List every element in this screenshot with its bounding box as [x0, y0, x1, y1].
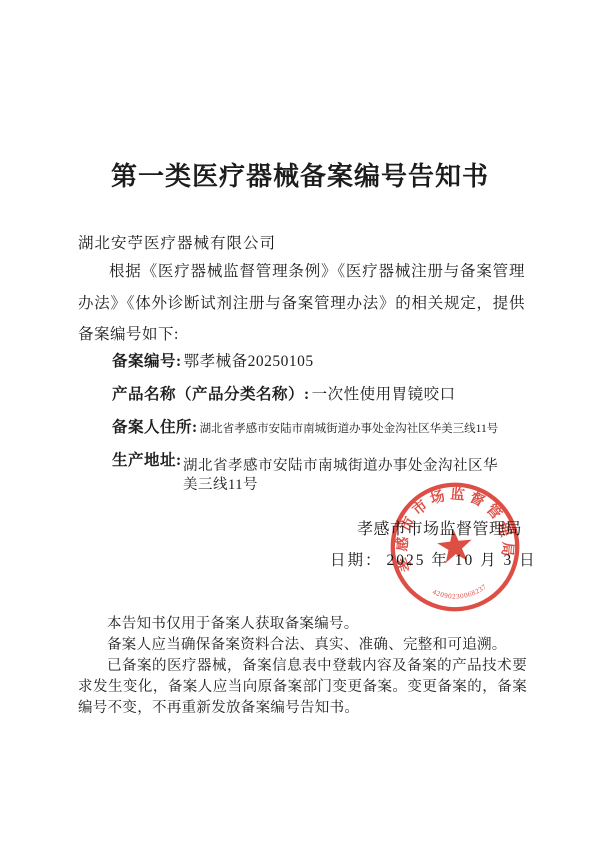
seal-ring: [387, 479, 524, 616]
field-registrant-address: 备案人住所: 湖北省孝感市安陆市南城街道办事处金沟社区华美三线11号: [112, 415, 532, 437]
intro-paragraph: 根据《医疗器械监督管理条例》《医疗器械注册与备案管理办法》《体外诊断试剂注册与备…: [78, 256, 525, 351]
footer-notes: 本告知书仅用于备案人获取备案编号。 备案人应当确保备案资料合法、真实、准确、完整…: [78, 614, 527, 719]
production-address-label: 生产地址:: [112, 448, 182, 470]
production-address-value: 湖北省孝感市安陆市南城街道办事处金沟社区华美三线11号: [183, 457, 498, 495]
recipient-company-name: 湖北安苧医疗器械有限公司: [78, 231, 276, 253]
seal-code: 42090230068237: [431, 582, 490, 603]
issue-date-line: 日期： 2025 年 10 月 3 日: [330, 548, 537, 570]
notification-document-page: 第一类医疗器械备案编号告知书 湖北安苧医疗器械有限公司 根据《医疗器械监督管理条…: [0, 0, 600, 849]
field-product-name: 产品名称（产品分类名称）: 一次性使用胃镜咬口: [112, 382, 532, 404]
date-label: 日期：: [330, 548, 383, 570]
filing-number-label: 备案编号:: [112, 349, 182, 371]
product-name-label: 产品名称（产品分类名称）:: [112, 382, 310, 404]
registrant-address-value: 湖北省孝感市安陆市南城街道办事处金沟社区华美三线11号: [200, 420, 499, 436]
field-filing-number: 备案编号: 鄂孝械备20250105: [112, 349, 532, 371]
filing-number-value: 鄂孝械备20250105: [184, 349, 314, 371]
note-usage: 本告知书仅用于备案人获取备案编号。: [78, 614, 527, 635]
issuing-authority-name: 孝感市市场监督管理局: [357, 516, 522, 539]
document-title: 第一类医疗器械备案编号告知书: [0, 156, 600, 193]
date-value: 2025 年 10 月 3 日: [387, 548, 537, 570]
note-change: 已备案的医疗器械，备案信息表中登载内容及备案的产品技术要求发生变化，备案人应当向…: [78, 656, 527, 719]
official-red-seal: 孝感市市场监督管理局 42090230068237: [381, 473, 528, 620]
registrant-address-label: 备案人住所:: [112, 415, 198, 437]
product-name-value: 一次性使用胃镜咬口: [312, 382, 456, 404]
note-accuracy: 备案人应当确保备案资料合法、真实、准确、完整和可追溯。: [78, 635, 527, 656]
